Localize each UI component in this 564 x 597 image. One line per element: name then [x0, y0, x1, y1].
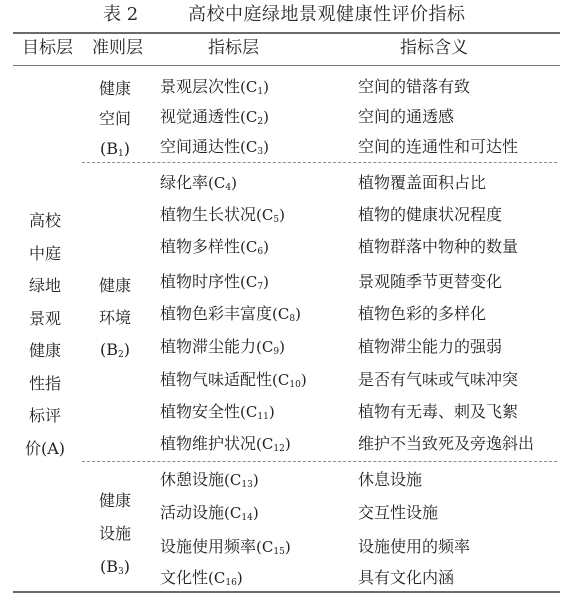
indicator-code: C	[278, 371, 289, 389]
criterion-line: 环境	[99, 302, 131, 334]
paren: )	[263, 78, 269, 96]
indicator-code: C	[214, 569, 225, 587]
indicator-name: 视觉通透性	[160, 107, 240, 126]
goal-line: 健康	[29, 335, 61, 368]
indicator-code-sub: 14	[241, 513, 252, 523]
indicator-name-cell: 植物色彩丰富度(C8)	[160, 304, 301, 329]
indicator-meaning: 具有文化内涵	[358, 568, 454, 588]
indicator-name-cell: 文化性(C16)	[160, 568, 243, 593]
indicator-name-cell: 植物维护状况(C12)	[160, 434, 291, 459]
criterion-b2: 健康 环境 (B2)	[90, 270, 140, 371]
indicator-code: C	[214, 174, 225, 192]
indicator-name-cell: 休憩设施(C13)	[160, 470, 259, 495]
indicator-meaning: 设施使用的频率	[358, 537, 470, 557]
code-letter: B	[106, 557, 118, 576]
indicator-meaning: 植物覆盖面积占比	[358, 173, 486, 193]
indicator-name: 植物气味适配性	[160, 370, 272, 389]
criterion-line: 健康	[99, 270, 131, 302]
indicator-code: C	[246, 108, 257, 126]
indicator-meaning: 植物的健康状况程度	[358, 205, 502, 225]
indicator-code-sub: 11	[257, 412, 268, 422]
goal-line: 绿地	[29, 270, 61, 303]
criterion-line: 设施	[99, 517, 131, 550]
indicator-name-cell: 视觉通透性(C2)	[160, 107, 269, 132]
indicator-code: C	[246, 238, 257, 256]
indicator-meaning: 植物滞尘能力的强弱	[358, 337, 502, 357]
indicator-name-cell: 活动设施(C14)	[160, 503, 259, 528]
indicator-name: 设施使用频率	[160, 537, 256, 556]
criterion-code: (B2)	[100, 334, 130, 371]
indicator-name: 植物滞尘能力	[160, 337, 256, 356]
indicator-code: C	[246, 403, 257, 421]
criterion-line: 健康	[99, 484, 131, 517]
indicator-name: 休憩设施	[160, 470, 224, 489]
indicator-name: 空间通达性	[160, 137, 240, 156]
paren: )	[263, 238, 269, 256]
goal-line: 中庭	[29, 238, 61, 271]
indicator-code-sub: 16	[225, 578, 236, 588]
paren: )	[253, 504, 259, 522]
indicator-meaning: 植物有无毒、刺及飞絮	[358, 402, 518, 422]
indicator-meaning: 交互性设施	[358, 503, 438, 523]
bottom-rule	[13, 591, 560, 593]
paren: )	[253, 471, 259, 489]
indicator-name: 文化性	[160, 568, 208, 587]
header-indicator-layer: 指标层	[208, 37, 259, 59]
indicator-code-sub: 12	[273, 444, 284, 454]
indicator-name-cell: 设施使用频率(C15)	[160, 537, 291, 562]
indicator-code: C	[246, 138, 257, 156]
indicator-code-sub: 10	[289, 380, 300, 390]
indicator-name: 绿化率	[160, 173, 208, 192]
criterion-line: 空间	[99, 104, 131, 134]
header-goal-layer: 目标层	[22, 37, 73, 59]
paren: )	[237, 569, 243, 587]
code-letter: B	[106, 139, 118, 158]
criterion-code: (B3)	[100, 550, 130, 589]
paren: )	[124, 340, 130, 359]
indicator-code-sub: 15	[273, 547, 284, 557]
indicator-meaning: 是否有气味或气味冲突	[358, 370, 518, 390]
indicator-meaning: 植物色彩的多样化	[358, 304, 486, 324]
goal-line: 价(A)	[25, 433, 65, 466]
indicator-name: 植物维护状况	[160, 434, 256, 453]
indicator-code: C	[262, 206, 273, 224]
paren: )	[301, 371, 307, 389]
indicator-name-cell: 植物多样性(C6)	[160, 237, 269, 262]
indicator-name-cell: 景观层次性(C1)	[160, 77, 269, 102]
indicator-name: 植物安全性	[160, 402, 240, 421]
indicator-code: C	[246, 273, 257, 291]
indicator-code: C	[262, 538, 273, 556]
indicator-meaning: 维护不当致死及旁逸斜出	[358, 434, 534, 454]
goal-line: 高校	[29, 205, 61, 238]
indicator-code: C	[262, 435, 273, 453]
indicator-meaning: 空间的连通性和可达性	[358, 137, 518, 157]
indicator-code: C	[246, 78, 257, 96]
indicator-name-cell: 空间通达性(C3)	[160, 137, 269, 162]
criterion-b3: 健康 设施 (B3)	[90, 484, 140, 589]
indicator-code: C	[278, 305, 289, 323]
criterion-code: (B1)	[100, 134, 130, 169]
paren: )	[263, 138, 269, 156]
indicator-name: 植物生长状况	[160, 205, 256, 224]
indicator-name: 植物多样性	[160, 237, 240, 256]
indicator-meaning: 植物群落中物种的数量	[358, 237, 518, 257]
indicator-name: 活动设施	[160, 503, 224, 522]
paren: )	[263, 273, 269, 291]
paren: )	[285, 435, 291, 453]
indicator-code: C	[262, 338, 273, 356]
indicator-name-cell: 绿化率(C4)	[160, 173, 237, 198]
paren: )	[279, 338, 285, 356]
indicator-meaning: 休息设施	[358, 470, 422, 490]
paren: )	[295, 305, 301, 323]
indicator-meaning: 空间的错落有致	[358, 77, 470, 97]
header-criterion-layer: 准则层	[92, 37, 143, 59]
paren: )	[285, 538, 291, 556]
criterion-b1: 健康 空间 (B1)	[90, 74, 140, 169]
indicator-name: 植物色彩丰富度	[160, 304, 272, 323]
criterion-line: 健康	[99, 74, 131, 104]
goal-line: 景观	[29, 303, 61, 336]
indicator-meaning: 景观随季节更替变化	[358, 272, 502, 292]
header-indicator-meaning: 指标含义	[400, 37, 468, 59]
table-number: 表 2	[103, 4, 138, 26]
header-rule	[13, 65, 560, 66]
indicator-code: C	[230, 471, 241, 489]
indicator-name-cell: 植物气味适配性(C10)	[160, 370, 307, 395]
goal-line: 性指	[29, 368, 61, 401]
paren: )	[124, 139, 130, 158]
indicator-name: 景观层次性	[160, 77, 240, 96]
paren: )	[231, 174, 237, 192]
paren: )	[263, 108, 269, 126]
group-divider-2	[82, 461, 557, 462]
indicator-name-cell: 植物滞尘能力(C9)	[160, 337, 285, 362]
table-title: 高校中庭绿地景观健康性评价指标	[188, 4, 466, 26]
indicator-name-cell: 植物生长状况(C5)	[160, 205, 285, 230]
goal-cell: 高校 中庭 绿地 景观 健康 性指 标评 价(A)	[18, 205, 72, 465]
indicator-code: C	[230, 504, 241, 522]
indicator-name: 植物时序性	[160, 272, 240, 291]
paren: )	[269, 403, 275, 421]
goal-line: 标评	[29, 400, 61, 433]
indicator-meaning: 空间的通透感	[358, 107, 454, 127]
paren: )	[279, 206, 285, 224]
indicator-code-sub: 13	[241, 480, 252, 490]
paren: )	[124, 557, 130, 576]
indicator-name-cell: 植物时序性(C7)	[160, 272, 269, 297]
code-letter: B	[106, 340, 118, 359]
indicator-name-cell: 植物安全性(C11)	[160, 402, 275, 427]
group-divider-1	[82, 162, 557, 163]
top-rule	[13, 32, 560, 34]
